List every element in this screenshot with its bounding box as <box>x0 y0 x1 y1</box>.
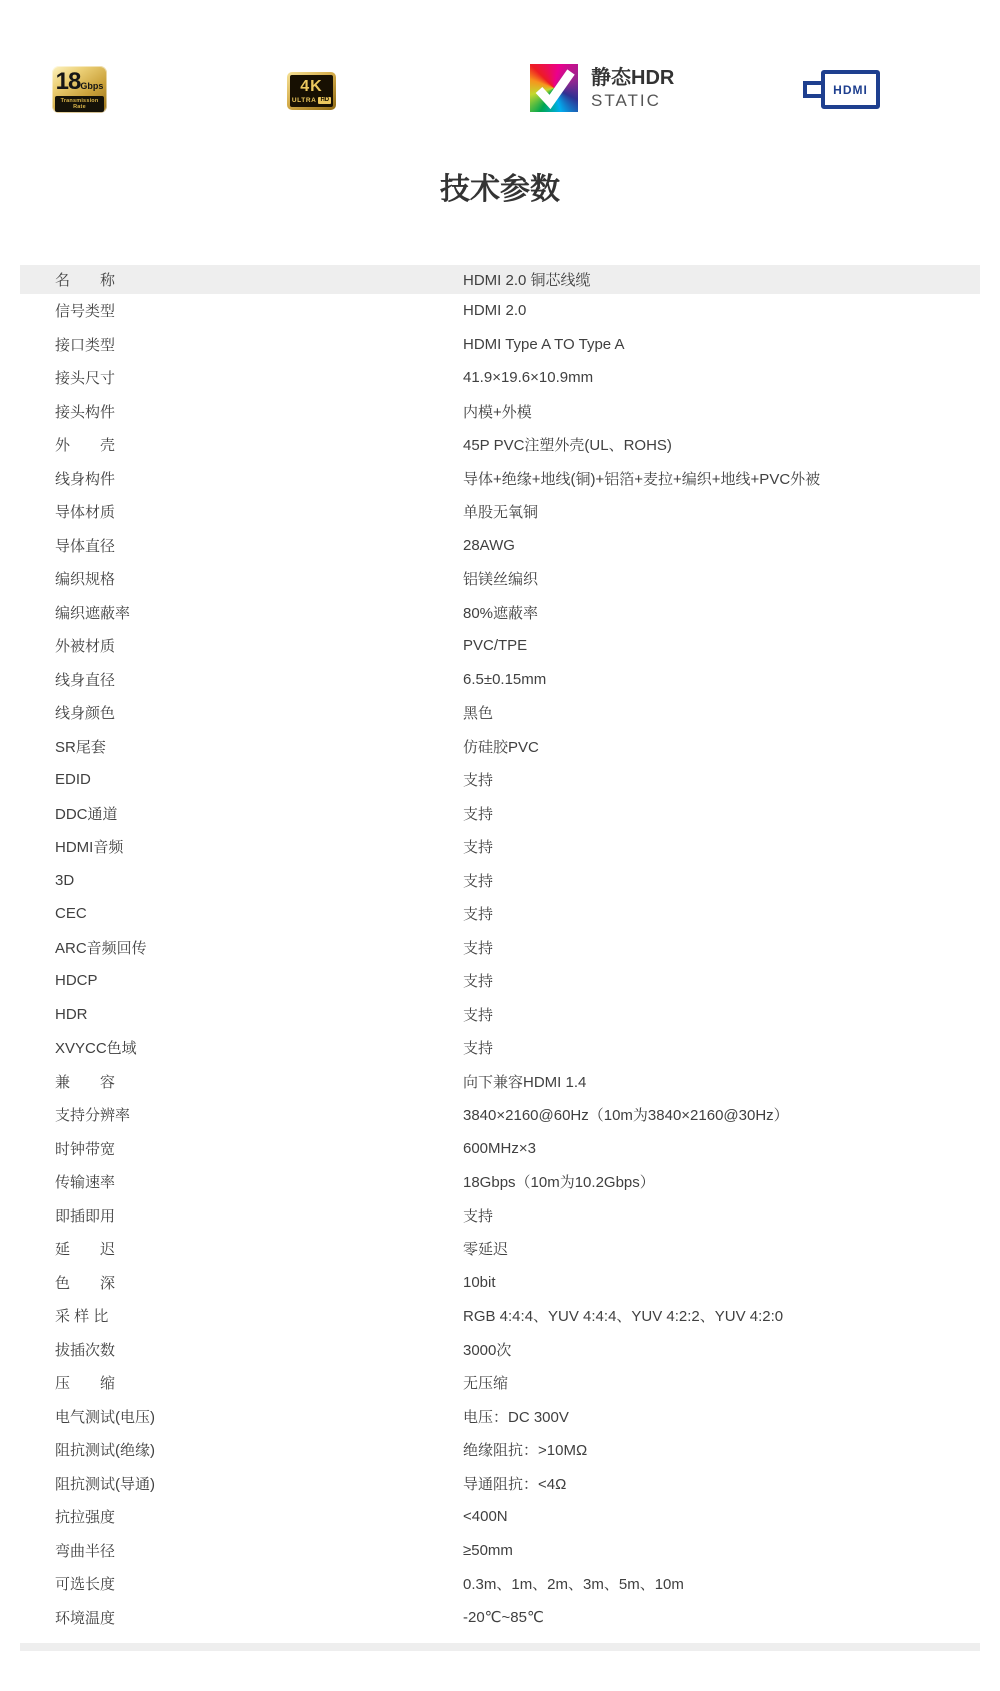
spec-label: 导体直径 <box>20 535 463 556</box>
hd-chip-label: HD <box>318 97 331 104</box>
spec-value: PVC/TPE <box>463 637 980 654</box>
speed-value: 18 <box>56 68 81 95</box>
spec-label: 即插即用 <box>20 1205 463 1226</box>
page-title: 技术参数 <box>0 172 1000 208</box>
spec-row: 即插即用支持 <box>20 1199 980 1233</box>
spec-row: 环境温度-20℃~85℃ <box>20 1601 980 1635</box>
18gbps-badge-icon: 18Gbps Transmission Rate <box>52 66 107 113</box>
spec-value: 18Gbps（10m为10.2Gbps） <box>463 1171 980 1192</box>
spec-label: 兼 容 <box>20 1071 463 1092</box>
spec-row: 信号类型HDMI 2.0 <box>20 294 980 328</box>
spec-label: 传输速率 <box>20 1171 463 1192</box>
spec-row: XVYCC色域支持 <box>20 1031 980 1065</box>
table-footer-bar <box>20 1643 980 1651</box>
spec-label: EDID <box>20 771 463 788</box>
spec-value: 零延迟 <box>463 1238 980 1259</box>
spec-label: 拔插次数 <box>20 1339 463 1360</box>
spec-value: 绝缘阻抗：>10MΩ <box>463 1439 980 1460</box>
spec-value: 支持 <box>463 870 980 891</box>
spec-row: 外 壳45P PVC注塑外壳(UL、ROHS) <box>20 428 980 462</box>
spec-row: 线身直径6.5±0.15mm <box>20 663 980 697</box>
spec-label: 编织遮蔽率 <box>20 602 463 623</box>
transmission-rate-label: Transmission Rate <box>55 96 104 112</box>
spec-table: 名 称HDMI 2.0 铜芯线缆信号类型HDMI 2.0接口类型HDMI Typ… <box>20 265 980 1634</box>
spec-value: 支持 <box>463 836 980 857</box>
spec-value: HDMI 2.0 铜芯线缆 <box>463 269 980 290</box>
spec-label: HDCP <box>20 972 463 989</box>
spec-row: CEC支持 <box>20 897 980 931</box>
spec-label: 弯曲半径 <box>20 1540 463 1561</box>
spec-value: 导通阻抗：<4Ω <box>463 1473 980 1494</box>
spec-label: 接头构件 <box>20 401 463 422</box>
spec-value: 支持 <box>463 1004 980 1025</box>
spec-row: 传输速率18Gbps（10m为10.2Gbps） <box>20 1165 980 1199</box>
spec-value: 3840×2160@60Hz（10m为3840×2160@30Hz） <box>463 1104 980 1125</box>
spec-label: 时钟带宽 <box>20 1138 463 1159</box>
spec-value: 无压缩 <box>463 1372 980 1393</box>
spec-label: XVYCC色域 <box>20 1037 463 1058</box>
spec-value: 0.3m、1m、2m、3m、5m、10m <box>463 1573 980 1594</box>
spec-label: SR尾套 <box>20 736 463 757</box>
spec-row: 编织规格铝镁丝编织 <box>20 562 980 596</box>
spec-value: 41.9×19.6×10.9mm <box>463 369 980 386</box>
spec-row: HDR支持 <box>20 998 980 1032</box>
spec-value: 支持 <box>463 1037 980 1058</box>
spec-label: 接头尺寸 <box>20 367 463 388</box>
spec-value: HDMI Type A TO Type A <box>463 336 980 353</box>
spec-value: 单股无氧铜 <box>463 501 980 522</box>
spec-label: ARC音频回传 <box>20 937 463 958</box>
hdr-text-block: 静态HDR STATIC <box>591 66 674 111</box>
spec-label: 可选长度 <box>20 1573 463 1594</box>
hdr-subtitle: STATIC <box>591 91 674 111</box>
4k-ultra-hd-badge-icon: 4K ULTRA HD <box>287 72 336 110</box>
spec-value: 支持 <box>463 970 980 991</box>
spec-label: 压 缩 <box>20 1372 463 1393</box>
checkmark-glyph <box>530 64 578 112</box>
spec-label: 延 迟 <box>20 1238 463 1259</box>
spec-row: DDC通道支持 <box>20 797 980 831</box>
spec-label: 电气测试(电压) <box>20 1406 463 1427</box>
spec-row: 外被材质PVC/TPE <box>20 629 980 663</box>
spec-label: CEC <box>20 905 463 922</box>
spec-row: 接头尺寸41.9×19.6×10.9mm <box>20 361 980 395</box>
spec-label: 线身构件 <box>20 468 463 489</box>
spec-label: HDR <box>20 1006 463 1023</box>
spec-value: 铝镁丝编织 <box>463 568 980 589</box>
spec-value: 仿硅胶PVC <box>463 736 980 757</box>
spec-row: 延 迟零延迟 <box>20 1232 980 1266</box>
spec-label: 接口类型 <box>20 334 463 355</box>
spec-value: 6.5±0.15mm <box>463 671 980 688</box>
spec-value: 导体+绝缘+地线(铜)+铝箔+麦拉+编织+地线+PVC外被 <box>463 468 980 489</box>
product-spec-page: 18Gbps Transmission Rate 4K ULTRA HD 静态H… <box>0 0 1000 1691</box>
spec-row: 电气测试(电压)电压：DC 300V <box>20 1400 980 1434</box>
spec-label: 编织规格 <box>20 568 463 589</box>
spec-label: 外 壳 <box>20 434 463 455</box>
spec-label: 采 样 比 <box>20 1305 463 1326</box>
spec-row: ARC音频回传支持 <box>20 931 980 965</box>
spec-value: 3000次 <box>463 1339 980 1360</box>
spec-value: 黑色 <box>463 702 980 723</box>
spec-value: -20℃~85℃ <box>463 1608 980 1626</box>
hdmi-label: HDMI <box>821 70 880 109</box>
spec-row: 支持分辨率3840×2160@60Hz（10m为3840×2160@30Hz） <box>20 1098 980 1132</box>
hdr-rainbow-checkmark-icon <box>530 64 578 112</box>
spec-label: 色 深 <box>20 1272 463 1293</box>
spec-row: 名 称HDMI 2.0 铜芯线缆 <box>20 265 980 294</box>
spec-value: 600MHz×3 <box>463 1140 980 1157</box>
spec-row: 接头构件内模+外模 <box>20 395 980 429</box>
4k-badge-inner: 4K ULTRA HD <box>290 75 333 107</box>
spec-value: 向下兼容HDMI 1.4 <box>463 1071 980 1092</box>
spec-value: 80%遮蔽率 <box>463 602 980 623</box>
spec-label: 外被材质 <box>20 635 463 656</box>
ultra-hd-row: ULTRA HD <box>292 97 331 104</box>
speed-unit: Gbps <box>80 81 103 91</box>
spec-row: 线身颜色黑色 <box>20 696 980 730</box>
hdmi-connector-icon: HDMI <box>803 70 880 109</box>
spec-label: 导体材质 <box>20 501 463 522</box>
4k-label: 4K <box>300 79 322 95</box>
spec-label: 支持分辨率 <box>20 1104 463 1125</box>
spec-value: 内模+外模 <box>463 401 980 422</box>
spec-row: 导体直径28AWG <box>20 529 980 563</box>
spec-row: 压 缩无压缩 <box>20 1366 980 1400</box>
hdr-title: 静态HDR <box>591 66 674 91</box>
spec-label: 名 称 <box>20 269 463 290</box>
static-hdr-logo: 静态HDR STATIC <box>530 64 674 112</box>
spec-value: RGB 4:4:4、YUV 4:4:4、YUV 4:2:2、YUV 4:2:0 <box>463 1305 980 1326</box>
spec-row: SR尾套仿硅胶PVC <box>20 730 980 764</box>
spec-label: 线身颜色 <box>20 702 463 723</box>
spec-value: 支持 <box>463 803 980 824</box>
spec-row: 采 样 比RGB 4:4:4、YUV 4:4:4、YUV 4:2:2、YUV 4… <box>20 1299 980 1333</box>
spec-row: 3D支持 <box>20 864 980 898</box>
spec-label: 阻抗测试(导通) <box>20 1473 463 1494</box>
spec-value: 45P PVC注塑外壳(UL、ROHS) <box>463 434 980 455</box>
spec-value: 支持 <box>463 1205 980 1226</box>
spec-row: 阻抗测试(绝缘)绝缘阻抗：>10MΩ <box>20 1433 980 1467</box>
spec-value: 支持 <box>463 903 980 924</box>
spec-label: DDC通道 <box>20 803 463 824</box>
spec-row: 阻抗测试(导通)导通阻抗：<4Ω <box>20 1467 980 1501</box>
spec-value: 10bit <box>463 1274 980 1291</box>
spec-row: 拔插次数3000次 <box>20 1333 980 1367</box>
spec-value: ≥50mm <box>463 1542 980 1559</box>
spec-row: 抗拉强度<400N <box>20 1500 980 1534</box>
spec-value: HDMI 2.0 <box>463 302 980 319</box>
spec-row: HDMI音频支持 <box>20 830 980 864</box>
spec-value: 28AWG <box>463 537 980 554</box>
ultra-label: ULTRA <box>292 97 317 104</box>
spec-row: 可选长度0.3m、1m、2m、3m、5m、10m <box>20 1567 980 1601</box>
spec-label: 信号类型 <box>20 300 463 321</box>
spec-row: HDCP支持 <box>20 964 980 998</box>
spec-label: 环境温度 <box>20 1607 463 1628</box>
18gbps-badge-value: 18Gbps <box>52 66 107 94</box>
spec-row: 色 深10bit <box>20 1266 980 1300</box>
spec-label: 阻抗测试(绝缘) <box>20 1439 463 1460</box>
spec-row: 线身构件导体+绝缘+地线(铜)+铝箔+麦拉+编织+地线+PVC外被 <box>20 462 980 496</box>
spec-row: 接口类型HDMI Type A TO Type A <box>20 328 980 362</box>
spec-value: 支持 <box>463 937 980 958</box>
spec-row: 兼 容向下兼容HDMI 1.4 <box>20 1065 980 1099</box>
spec-row: 导体材质单股无氧铜 <box>20 495 980 529</box>
hdmi-plug-tab <box>803 81 821 98</box>
spec-value: 支持 <box>463 769 980 790</box>
spec-label: 线身直径 <box>20 669 463 690</box>
spec-label: 抗拉强度 <box>20 1506 463 1527</box>
spec-value: 电压：DC 300V <box>463 1406 980 1427</box>
feature-badges: 18Gbps Transmission Rate 4K ULTRA HD 静态H… <box>0 0 1000 150</box>
spec-row: 时钟带宽600MHz×3 <box>20 1132 980 1166</box>
spec-row: 编织遮蔽率80%遮蔽率 <box>20 596 980 630</box>
spec-row: EDID支持 <box>20 763 980 797</box>
spec-row: 弯曲半径≥50mm <box>20 1534 980 1568</box>
spec-value: <400N <box>463 1508 980 1525</box>
spec-label: HDMI音频 <box>20 836 463 857</box>
spec-label: 3D <box>20 872 463 889</box>
